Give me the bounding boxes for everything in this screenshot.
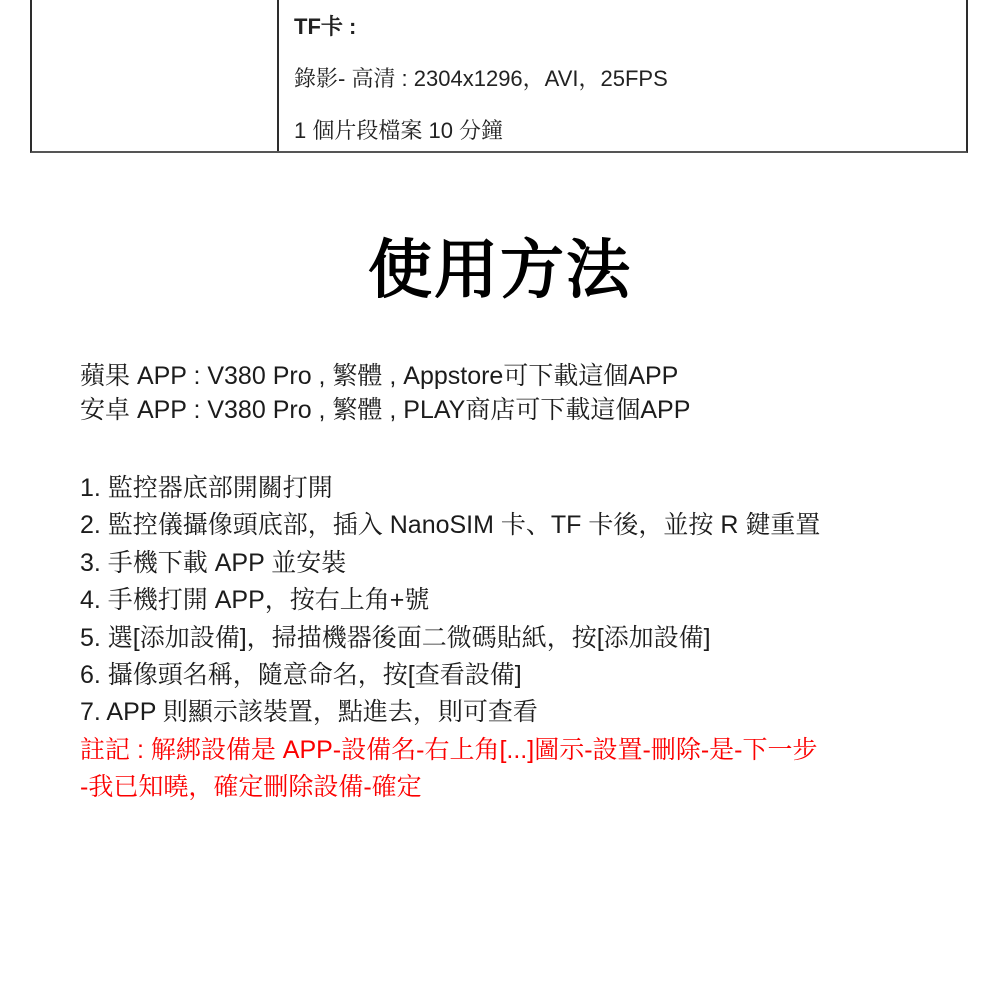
step-item: 2. 監控儀攝像頭底部，插入 NanoSIM 卡、TF 卡後，並按 R 鍵重置 <box>80 507 970 544</box>
step-item: 7. APP 則顯示該裝置，點進去，則可查看 <box>80 694 970 731</box>
tf-card-heading: TF卡 : <box>294 1 966 53</box>
spec-table: TF卡 : 錄影- 高清 : 2304x1296，AVI，25FPS 1 個片段… <box>30 0 968 153</box>
app-info-block: 蘋果 APP : V380 Pro , 繁體 , Appstore可下載這個AP… <box>80 360 690 427</box>
tf-card-record-spec: 錄影- 高清 : 2304x1296，AVI，25FPS <box>294 53 966 105</box>
step-item: 3. 手機下載 APP 並安裝 <box>80 545 970 582</box>
step-item: 6. 攝像頭名稱，隨意命名，按[查看設備] <box>80 657 970 694</box>
usage-steps-block: 1. 監控器底部開關打開 2. 監控儀攝像頭底部，插入 NanoSIM 卡、TF… <box>80 470 970 807</box>
unbind-note-line-2: -我已知曉，確定刪除設備-確定 <box>80 769 970 806</box>
page: { "spec_table": { "left_cell": "", "righ… <box>0 0 1000 1000</box>
spec-table-tf-cell: TF卡 : 錄影- 高清 : 2304x1296，AVI，25FPS 1 個片段… <box>279 0 966 151</box>
unbind-note-line-1: 註記 : 解綁設備是 APP-設備名-右上角[...]圖示-設置-刪除-是-下一… <box>80 732 970 769</box>
section-title: 使用方法 <box>0 228 1000 312</box>
step-item: 5. 選[添加設備]，掃描機器後面二微碼貼紙，按[添加設備] <box>80 620 970 657</box>
step-item: 1. 監控器底部開關打開 <box>80 470 970 507</box>
step-item: 4. 手機打開 APP，按右上角+號 <box>80 582 970 619</box>
ios-app-line: 蘋果 APP : V380 Pro , 繁體 , Appstore可下載這個AP… <box>80 360 690 394</box>
tf-card-clip-spec: 1 個片段檔案 10 分鐘 <box>294 105 966 157</box>
spec-table-empty-cell <box>32 0 279 151</box>
android-app-line: 安卓 APP : V380 Pro , 繁體 , PLAY商店可下載這個APP <box>80 394 690 428</box>
